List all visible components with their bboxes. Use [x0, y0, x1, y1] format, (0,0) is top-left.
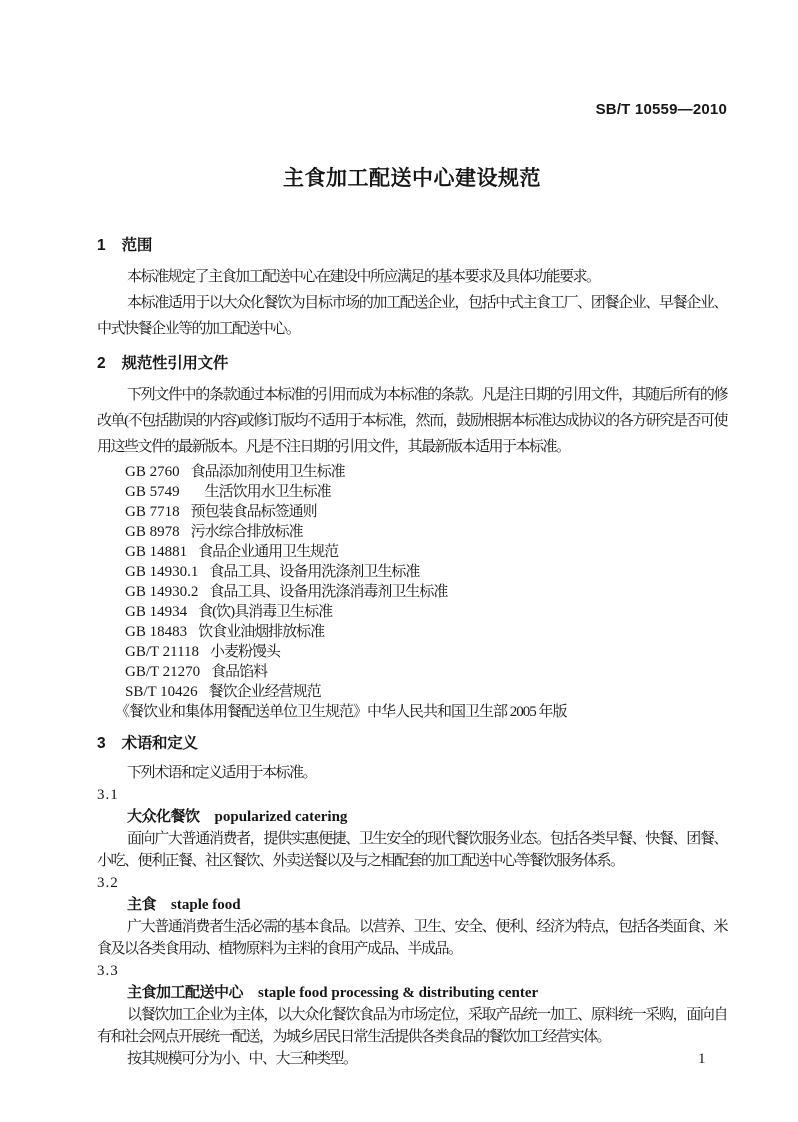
reference-title: 食品工具、设备用洗涤剂卫生标准 [209, 564, 419, 580]
clause-number: 3.3 [97, 960, 727, 982]
reference-item: GB 14930.2食品工具、设备用洗涤消毒剂卫生标准 [97, 582, 727, 602]
term-definition-extra: 按其规模可分为小、中、大三种类型。 [97, 1048, 727, 1070]
term-chinese: 主食 [127, 896, 156, 913]
reference-code: GB 5749 [125, 482, 180, 502]
term-line: 大众化餐饮popularized catering [97, 806, 727, 828]
reference-title: 食品工具、设备用洗涤消毒剂卫生标准 [209, 584, 447, 600]
reference-code: SB/T 10426 [125, 682, 198, 702]
reference-title: 食品添加剂使用卫生标准 [191, 464, 345, 480]
section-3-intro: 下列术语和定义适用于本标准。 [97, 762, 727, 784]
section-1-title: 范围 [122, 237, 152, 254]
term-block-3-2: 3.2 主食staple food 广大普通消费者生活必需的基本食品。以营养、卫… [97, 872, 727, 960]
page-number: 1 [698, 1051, 706, 1068]
reference-note: 《餐饮业和集体用餐配送单位卫生规范》中华人民共和国卫生部 2005 年版 [97, 702, 727, 722]
reference-title: 生活饮用水卫生标准 [205, 484, 331, 500]
standard-number: SB/T 10559—2010 [97, 101, 727, 118]
section-3-number: 3 [97, 734, 106, 754]
reference-code: GB 14881 [125, 542, 187, 562]
reference-code: GB 14930.1 [125, 562, 198, 582]
reference-code: GB/T 21270 [125, 662, 200, 682]
reference-item: GB/T 21118小麦粉馒头 [97, 642, 727, 662]
term-english: staple food processing & distributing ce… [258, 985, 538, 1001]
section-2-number: 2 [97, 354, 106, 374]
reference-code: GB 7718 [125, 502, 180, 522]
reference-item: GB 8978污水综合排放标准 [97, 522, 727, 542]
clause-number: 3.1 [97, 784, 727, 806]
reference-code: GB 8978 [125, 522, 180, 542]
section-1-number: 1 [97, 236, 106, 256]
reference-title: 餐饮企业经营规范 [209, 684, 321, 700]
reference-title: 预包装食品标签通则 [191, 504, 317, 520]
reference-item: GB 7718预包装食品标签通则 [97, 502, 727, 522]
term-english: staple food [171, 897, 241, 913]
reference-title: 污水综合排放标准 [191, 524, 303, 540]
reference-title: 饮食业油烟排放标准 [198, 624, 324, 640]
term-definition: 面向广大普通消费者，提供实惠便捷、卫生安全的现代餐饮服务业态。包括各类早餐、快餐… [97, 828, 727, 872]
term-line: 主食staple food [97, 894, 727, 916]
reference-title: 小麦粉馒头 [210, 644, 280, 660]
clause-number: 3.2 [97, 872, 727, 894]
references-list: GB 2760食品添加剂使用卫生标准 GB 5749生活饮用水卫生标准 GB 7… [97, 462, 727, 722]
document-content: SB/T 10559—2010 主食加工配送中心建设规范 1范围 本标准规定了主… [97, 0, 727, 1070]
reference-code: GB 2760 [125, 462, 180, 482]
section-3-heading: 3术语和定义 [97, 734, 727, 754]
section-1-paragraph: 本标准适用于以大众化餐饮为目标市场的加工配送企业，包括中式主食工厂、团餐企业、早… [97, 290, 727, 342]
section-2-heading: 2规范性引用文件 [97, 354, 727, 374]
document-title: 主食加工配送中心建设规范 [97, 166, 727, 192]
section-1-heading: 1范围 [97, 236, 727, 256]
reference-item: GB/T 21270食品馅料 [97, 662, 727, 682]
reference-code: GB 14930.2 [125, 582, 198, 602]
reference-item: GB 5749生活饮用水卫生标准 [97, 482, 727, 502]
reference-title: 食品企业通用卫生规范 [198, 544, 338, 560]
reference-title: 食品馅料 [211, 664, 267, 680]
reference-title: 食(饮)具消毒卫生标准 [198, 604, 332, 620]
term-block-3-3: 3.3 主食加工配送中心staple food processing & dis… [97, 960, 727, 1070]
term-english: popularized catering [215, 809, 348, 825]
reference-code: GB 14934 [125, 602, 187, 622]
reference-code: GB/T 21118 [125, 642, 199, 662]
section-2-paragraph: 下列文件中的条款通过本标准的引用而成为本标准的条款。凡是注日期的引用文件，其随后… [97, 382, 727, 460]
reference-item: SB/T 10426餐饮企业经营规范 [97, 682, 727, 702]
reference-item: GB 14934食(饮)具消毒卫生标准 [97, 602, 727, 622]
reference-item: GB 14881食品企业通用卫生规范 [97, 542, 727, 562]
reference-item: GB 18483饮食业油烟排放标准 [97, 622, 727, 642]
document-page: SB/T 10559—2010 主食加工配送中心建设规范 1范围 本标准规定了主… [0, 0, 798, 1122]
reference-item: GB 2760食品添加剂使用卫生标准 [97, 462, 727, 482]
term-chinese: 主食加工配送中心 [127, 984, 243, 1001]
term-block-3-1: 3.1 大众化餐饮popularized catering 面向广大普通消费者，… [97, 784, 727, 872]
section-1-paragraph: 本标准规定了主食加工配送中心在建设中所应满足的基本要求及具体功能要求。 [97, 264, 727, 290]
term-chinese: 大众化餐饮 [127, 808, 200, 825]
reference-item: GB 14930.1食品工具、设备用洗涤剂卫生标准 [97, 562, 727, 582]
term-line: 主食加工配送中心staple food processing & distrib… [97, 982, 727, 1004]
term-definition: 广大普通消费者生活必需的基本食品。以营养、卫生、安全、便利、经济为特点，包括各类… [97, 916, 727, 960]
section-2-title: 规范性引用文件 [122, 355, 228, 372]
section-3-title: 术语和定义 [122, 735, 198, 752]
term-definition: 以餐饮加工企业为主体，以大众化餐饮食品为市场定位，采取产品统一加工、原料统一采购… [97, 1004, 727, 1048]
reference-code: GB 18483 [125, 622, 187, 642]
